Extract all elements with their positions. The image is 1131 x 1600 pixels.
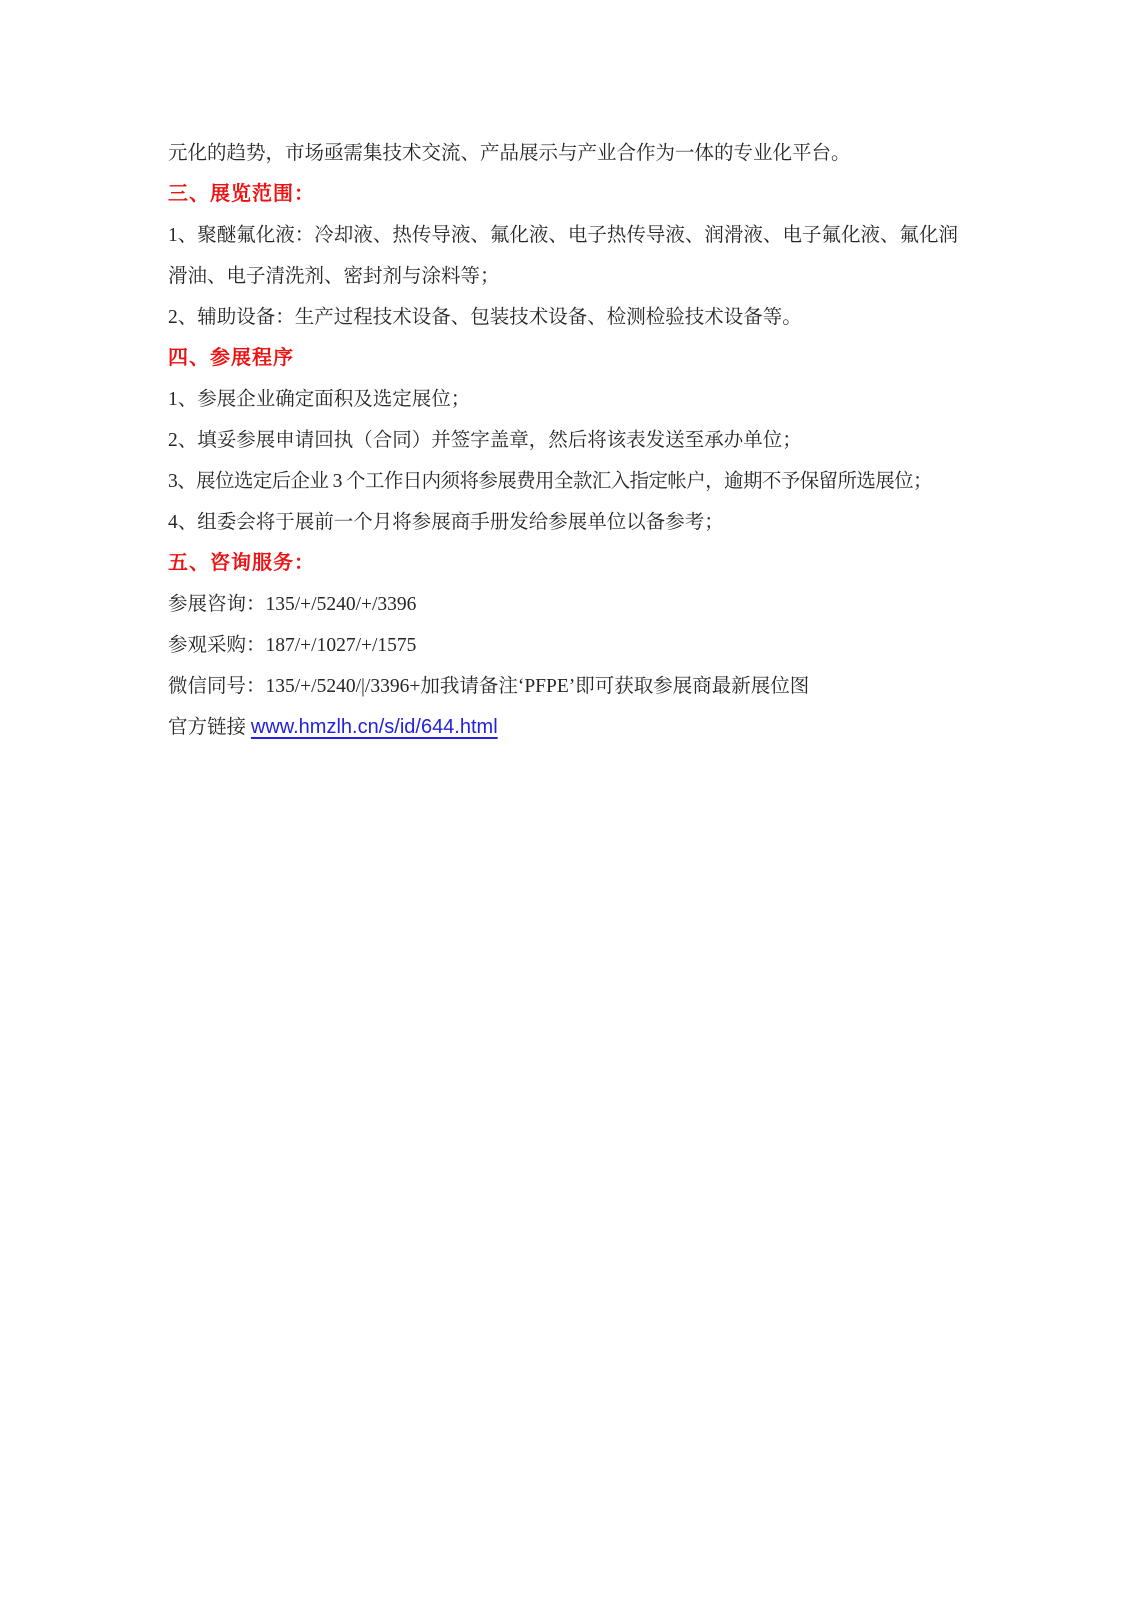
section-3-item-1: 1、聚醚氟化液：冷却液、热传导液、氟化液、电子热传导液、润滑液、电子氟化液、氟化… (168, 215, 958, 297)
visitor-purchase-phone: 参观采购：187/+/1027/+/1575 (168, 625, 958, 666)
section-4-item-4: 4、组委会将于展前一个月将参展商手册发给参展单位以备参考； (168, 502, 958, 543)
section-4-item-2: 2、填妥参展申请回执（合同）并签字盖章，然后将该表发送至承办单位； (168, 420, 958, 461)
section-3-heading: 三、展览范围： (168, 174, 958, 215)
section-4-item-3: 3、展位选定后企业 3 个工作日内须将参展费用全款汇入指定帐户，逾期不予保留所选… (168, 461, 1048, 502)
section-4-item-1: 1、参展企业确定面积及选定展位； (168, 379, 958, 420)
section-5-heading: 五、咨询服务： (168, 543, 958, 584)
official-link-prefix: 官方链接 (168, 717, 251, 738)
official-link[interactable]: www.hmzlh.cn/s/id/644.html (251, 716, 498, 738)
document-page: 元化的趋势，市场亟需集技术交流、产品展示与产业合作为一体的专业化平台。 三、展览… (0, 0, 1131, 1600)
exhibitor-consult-phone: 参展咨询：135/+/5240/+/3396 (168, 584, 958, 625)
official-link-line: 官方链接 www.hmzlh.cn/s/id/644.html (168, 707, 958, 748)
section-3-item-2: 2、辅助设备：生产过程技术设备、包装技术设备、检测检验技术设备等。 (168, 297, 958, 338)
section-4-heading: 四、参展程序 (168, 338, 958, 379)
document-content: 元化的趋势，市场亟需集技术交流、产品展示与产业合作为一体的专业化平台。 三、展览… (168, 133, 958, 748)
wechat-contact-line: 微信同号：135/+/5240/|/3396+加我请备注‘PFPE’即可获取参展… (168, 666, 958, 707)
intro-paragraph: 元化的趋势，市场亟需集技术交流、产品展示与产业合作为一体的专业化平台。 (168, 133, 958, 174)
